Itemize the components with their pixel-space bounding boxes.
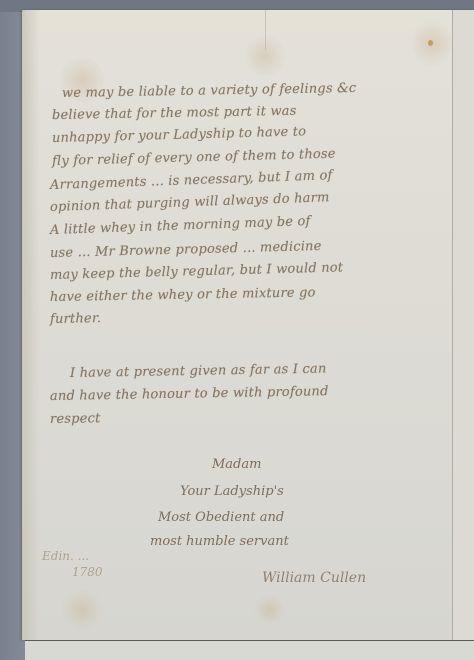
closing-line: Your Ladyship's <box>180 484 284 499</box>
body-line: further. <box>50 311 101 327</box>
next-page-edge <box>25 640 474 660</box>
margin-note-year: 1780 <box>72 564 103 580</box>
water-stain <box>62 590 102 630</box>
closing-line: Most Obedient and <box>158 510 284 525</box>
margin-note: Edin. ... 1780 <box>42 548 103 580</box>
closing-line: most humble servant <box>150 534 289 549</box>
foxing-spot <box>428 40 433 46</box>
water-stain <box>255 595 285 625</box>
signature: William Cullen <box>262 570 366 586</box>
torn-right-edge <box>452 10 474 640</box>
closing-salutation: Madam <box>212 457 261 472</box>
body-line: respect <box>50 411 101 427</box>
page-left-edge <box>22 10 40 640</box>
margin-note-place: Edin. ... <box>42 548 103 564</box>
water-stain <box>245 36 285 76</box>
